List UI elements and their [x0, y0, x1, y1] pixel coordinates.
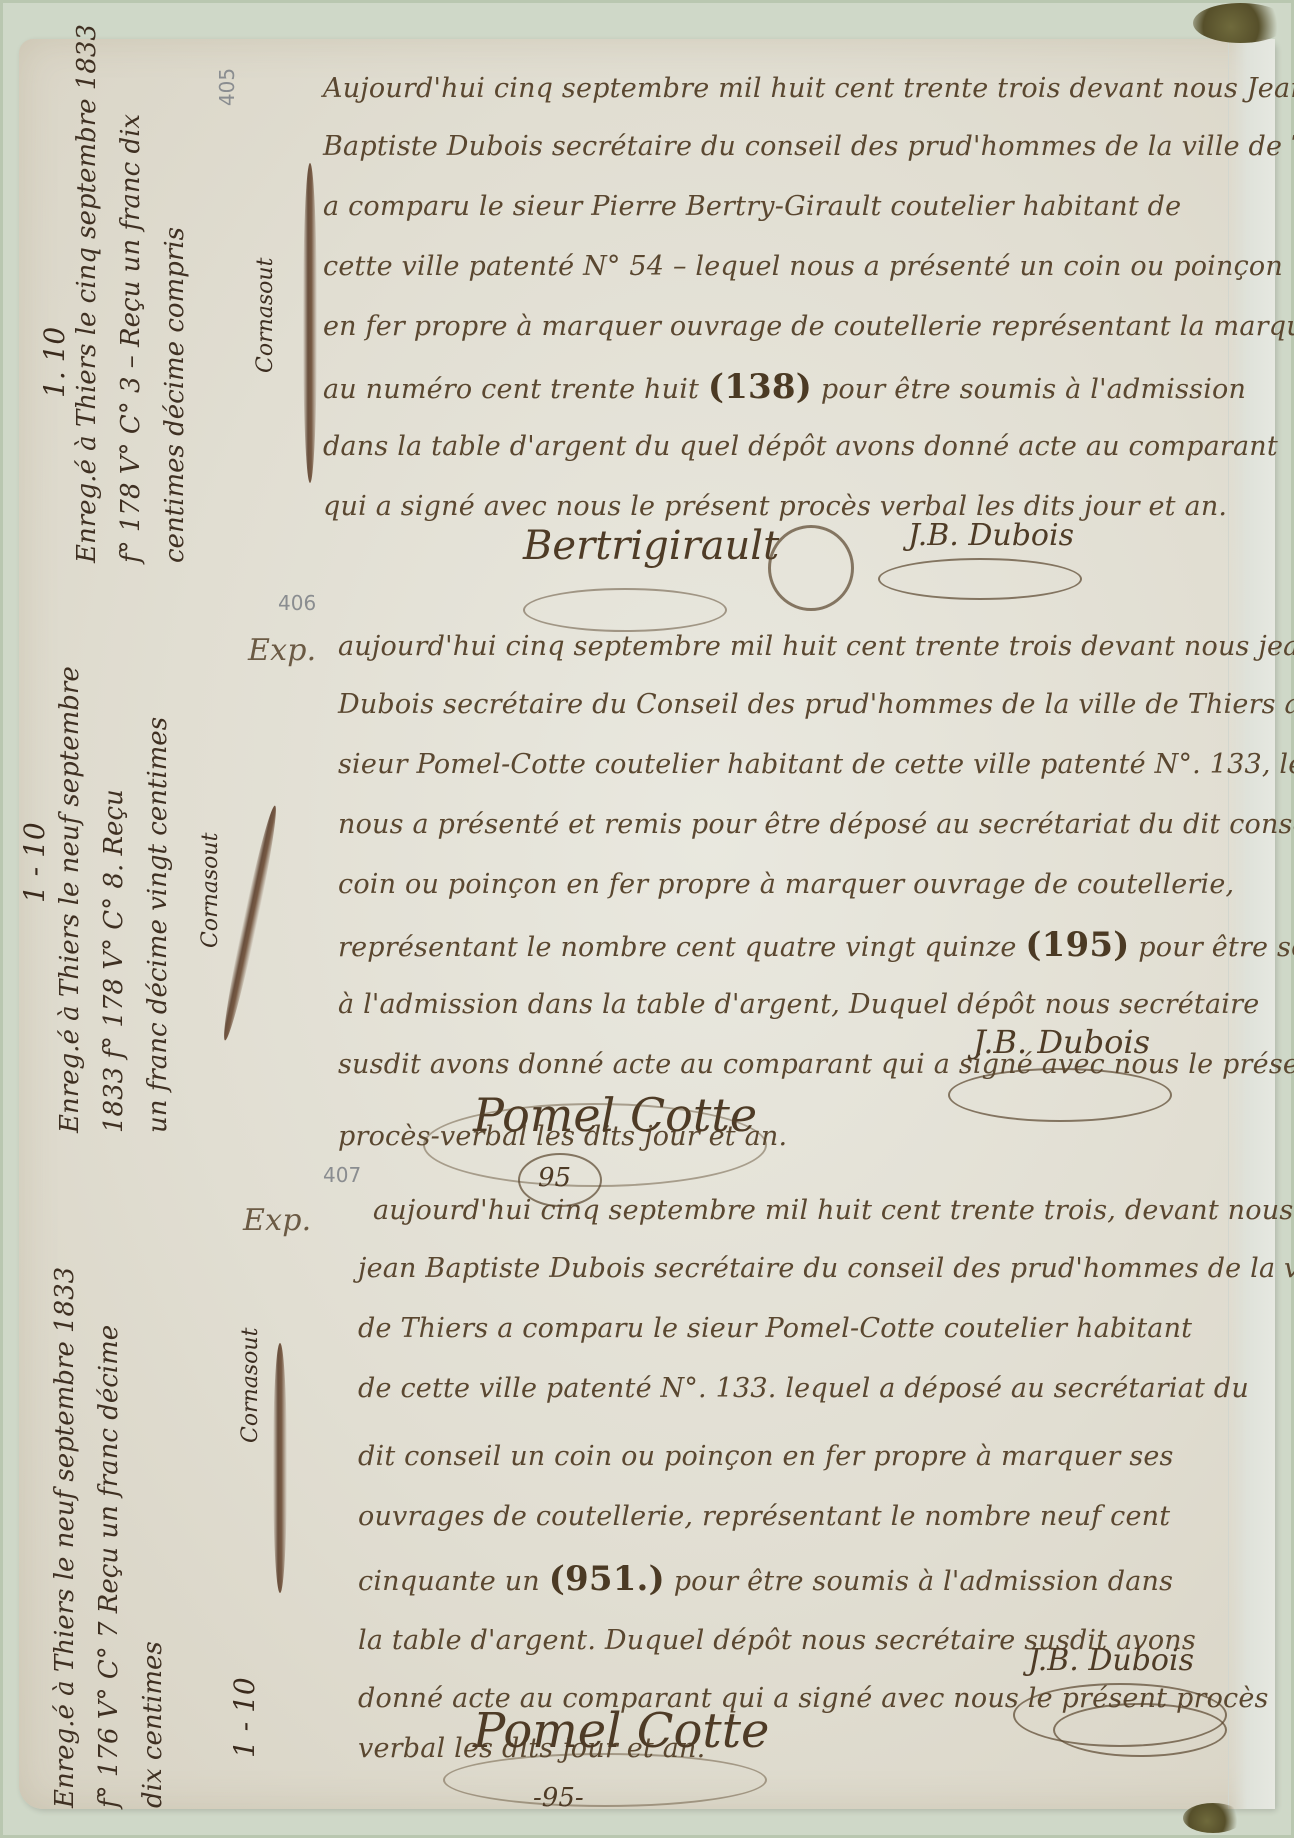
mark-number: (138): [708, 367, 812, 407]
margin-amount: 1 - 10: [228, 1677, 261, 1758]
entry-line: a comparu le sieur Pierre Bertry-Girault…: [323, 191, 1181, 223]
entry-line: de Thiers a comparu le sieur Pomel-Cotte…: [358, 1313, 1192, 1345]
margin-note-line: f° 178 V° C° 3 – Reçu un franc dix: [109, 24, 153, 563]
margin-note-line: Enreg.é à Thiers le cinq septembre 1833: [65, 24, 109, 563]
entry-line: à l'admission dans la table d'argent, Du…: [338, 989, 1259, 1021]
entry-text: cinquante un: [358, 1566, 540, 1597]
margin-note-line: Enreg.é à Thiers le neuf septembre: [48, 666, 92, 1133]
signature-pomel-cotte: Pomel Cotte: [473, 1703, 769, 1759]
margin-note-line: dix centimes: [131, 1267, 175, 1808]
entry-line: nous a présenté et remis pour être dépos…: [338, 809, 1294, 841]
signature-dubois: J.B. Dubois: [1028, 1643, 1194, 1678]
entry-line: Baptiste Dubois secrétaire du conseil de…: [323, 131, 1294, 163]
margin-ink-stroke: [273, 1343, 287, 1593]
entry-line: qui a signé avec nous le présent procès …: [323, 491, 1227, 523]
margin-amount: 1 - 10: [18, 822, 51, 903]
signature-bertrigirault: Bertrigirault: [523, 523, 779, 569]
entry-text: représentant le nombre cent quatre vingt…: [338, 932, 1017, 963]
image-frame: 405 Aujourd'hui cinq septembre mil huit …: [0, 0, 1294, 1838]
signature-flourish: [523, 588, 727, 632]
entry-label: Exp.: [243, 1203, 311, 1238]
entry-line: sieur Pomel-Cotte coutelier habitant de …: [338, 749, 1294, 781]
entry-line: cette ville patenté N° 54 – lequel nous …: [323, 251, 1283, 283]
entry-line: de cette ville patenté N°. 133. lequel a…: [358, 1373, 1249, 1405]
entry-line: Dubois secrétaire du Conseil des prud'ho…: [338, 689, 1294, 721]
page-edge: [1228, 39, 1275, 1809]
entry-line: cinquante un (951.) pour être soumis à l…: [358, 1563, 1173, 1598]
margin-note-line: f° 176 V° C° 7 Reçu un franc décime: [87, 1267, 131, 1808]
entry-text: pour être soumis: [1138, 932, 1294, 963]
margin-note-line: un franc décime vingt centimes: [136, 666, 180, 1133]
entry-line: Aujourd'hui cinq septembre mil huit cent…: [323, 73, 1294, 105]
entry-line: aujourd'hui cinq septembre mil huit cent…: [373, 1195, 1293, 1227]
margin-registrar-signature: Cornasout: [198, 833, 223, 948]
binding-thread-bottom: [1183, 1803, 1243, 1833]
signature-flourish: [878, 558, 1082, 600]
seal-circle: [768, 525, 854, 611]
entry-line: susdit avons donné acte au comparant qui…: [338, 1049, 1294, 1081]
entry-line: représentant le nombre cent quatre vingt…: [338, 929, 1294, 964]
pencil-entry-number: 405: [215, 68, 239, 106]
margin-registration-note: Enreg.é à Thiers le neuf septembre 1833 …: [43, 1267, 175, 1808]
stamp-number: -95-: [533, 1783, 584, 1813]
mark-number: (951.): [549, 1559, 665, 1599]
margin-registrar-signature: Cornasout: [238, 1328, 263, 1443]
entry-line: jean Baptiste Dubois secrétaire du conse…: [358, 1253, 1294, 1285]
pencil-entry-number: 406: [278, 591, 316, 615]
entry-text: au numéro cent trente huit: [323, 374, 699, 405]
entry-line: coin ou poinçon en fer propre à marquer …: [338, 869, 1234, 901]
entry-line: dans la table d'argent du quel dépôt avo…: [323, 431, 1278, 463]
entry-line: aujourd'hui cinq septembre mil huit cent…: [338, 631, 1294, 663]
entry-line: dit conseil un coin ou poinçon en fer pr…: [358, 1441, 1174, 1473]
margin-note-line: 1833 f° 178 V° C° 8. Reçu: [92, 666, 136, 1133]
entry-text: pour être soumis à l'admission dans: [674, 1566, 1173, 1597]
margin-registrar-signature: Cornasout: [253, 258, 278, 373]
signature-dubois: J.B. Dubois: [973, 1023, 1150, 1061]
margin-note-line: centimes décime compris: [153, 24, 197, 563]
entry-line: ouvrages de coutellerie, représentant le…: [358, 1501, 1170, 1533]
mark-number: (195): [1025, 925, 1129, 965]
margin-registration-note: Enreg.é à Thiers le cinq septembre 1833 …: [65, 24, 197, 563]
entry-text: pour être soumis à l'admission: [821, 374, 1246, 405]
margin-note-line: Enreg.é à Thiers le neuf septembre 1833: [43, 1267, 87, 1808]
signature-dubois: J.B. Dubois: [908, 518, 1074, 553]
pencil-entry-number: 407: [323, 1163, 361, 1187]
signature-flourish: [443, 1753, 767, 1807]
entry-label: Exp.: [248, 633, 316, 668]
signature-flourish: [1053, 1703, 1227, 1757]
signature-flourish: [948, 1068, 1172, 1122]
binding-thread-top: [1193, 3, 1288, 43]
margin-ink-stroke: [303, 163, 317, 483]
margin-registration-note: Enreg.é à Thiers le neuf septembre 1833 …: [48, 666, 180, 1133]
entry-line: au numéro cent trente huit (138) pour êt…: [323, 371, 1246, 406]
entry-line: en fer propre à marquer ouvrage de coute…: [323, 311, 1294, 343]
